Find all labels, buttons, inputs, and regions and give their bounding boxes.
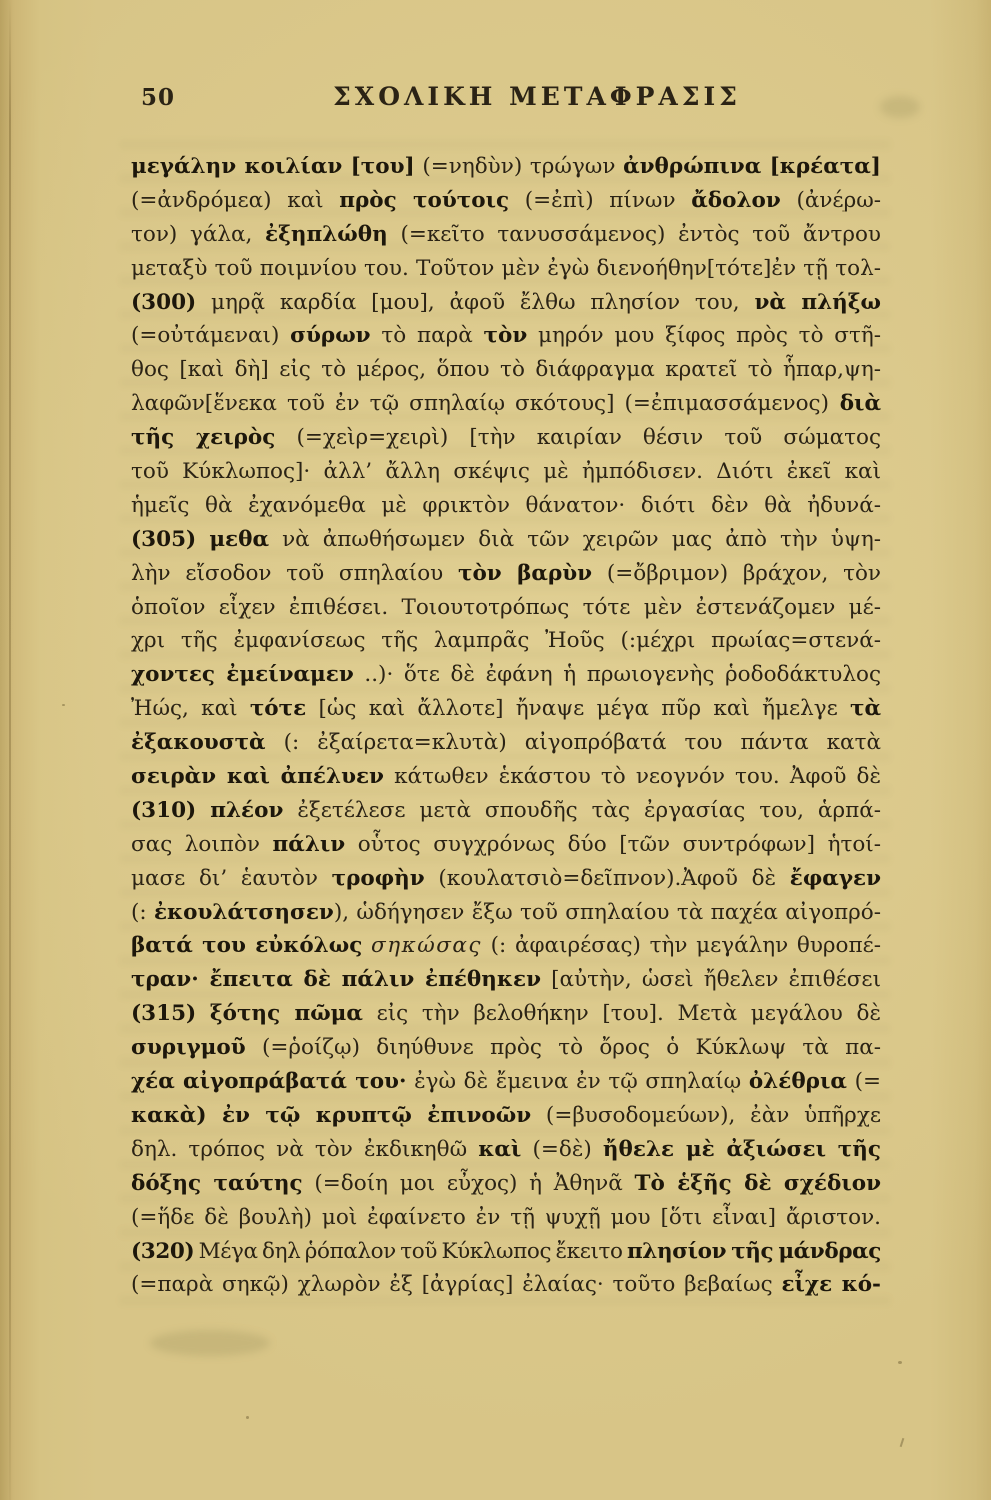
ink-smudge bbox=[150, 1330, 270, 1356]
text-line: (320) Μέγα δηλ ῥόπαλον τοῦ Κύκλωπος ἔκει… bbox=[131, 1235, 881, 1269]
text-line: μεταξὺ τοῦ ποιμνίου του. Τοῦτον μὲν ἐγὼ … bbox=[131, 252, 881, 286]
text-line: χέα αἰγοπράβατά του· ἐγὼ δὲ ἔμεινα ἐν τῷ… bbox=[131, 1065, 881, 1099]
text-line: ὁποῖον εἶχεν ἐπιθέσει. Τοιουτοτρόπως τότ… bbox=[131, 591, 881, 625]
text-line: μεγάλην κοιλίαν [του] (=νηδὺν) τρώγων ἀν… bbox=[131, 150, 881, 184]
text-line: σειρὰν καὶ ἀπέλυεν κάτωθεν ἑκάστου τὸ νε… bbox=[131, 760, 881, 794]
text-line: (315) ξότης πῶμα εἰς τὴν βελοθήκην [του]… bbox=[131, 997, 881, 1031]
text-line: δόξης ταύτης (=δοίη μοι εὖχος) ἡ Ἀθηνᾶ Τ… bbox=[131, 1167, 881, 1201]
text-line: (=παρὰ σηκῷ) χλωρὸν ἐξ [ἀγρίας] ἐλαίας· … bbox=[131, 1268, 881, 1302]
text-line: χοντες ἐμείναμεν ..)· ὅτε δὲ ἐφάνη ἡ πρω… bbox=[131, 658, 881, 692]
text-line: (=ἀνδρόμεα) καὶ πρὸς τούτοις (=ἐπὶ) πίνω… bbox=[131, 184, 881, 218]
text-block: μεγάλην κοιλίαν [του] (=νηδὺν) τρώγων ἀν… bbox=[131, 150, 881, 1302]
page-fold-line bbox=[9, 0, 11, 1500]
text-line: τον) γάλα, ἐξηπλώθη (=κεῖτο τανυσσάμενος… bbox=[131, 218, 881, 252]
text-line: βατά του εὐκόλως σηκώσας (: ἀφαιρέσας) τ… bbox=[131, 929, 881, 963]
text-line: λαφῶν[ἕνεκα τοῦ ἐν τῷ σπηλαίῳ σκότους] (… bbox=[131, 387, 881, 421]
paper-speck bbox=[898, 1361, 902, 1364]
text-line: Ἠώς, καὶ τότε [ὡς καὶ ἄλλοτε] ἤναψε μέγα… bbox=[131, 692, 881, 726]
ink-smudge bbox=[880, 96, 920, 118]
text-line: (310) πλέον ἐξετέλεσε μετὰ σπουδῆς τὰς ἐ… bbox=[131, 794, 881, 828]
text-line: ἡμεῖς θὰ ἐχανόμεθα μὲ φρικτὸν θάνατον· δ… bbox=[131, 489, 881, 523]
text-line: κακὰ) ἐν τῷ κρυπτῷ ἐπινοῶν (=βυσοδομεύων… bbox=[131, 1099, 881, 1133]
paper-speck bbox=[842, 210, 845, 212]
text-line: (300) μηρᾷ καρδία [μου], ἀφοῦ ἔλθω πλησί… bbox=[131, 286, 881, 320]
text-line: τῆς χειρὸς (=χεὶρ=χειρὶ) [τὴν καιρίαν θέ… bbox=[131, 421, 881, 455]
text-line: (=οὐτάμεναι) σύρων τὸ παρὰ τὸν μηρόν μου… bbox=[131, 319, 881, 353]
text-line: ἐξακουστὰ (: ἐξαίρετα=κλυτὰ) αἰγοπρόβατά… bbox=[131, 726, 881, 760]
text-line: θος [καὶ δὴ] εἰς τὸ μέρος, ὅπου τὸ διάφρ… bbox=[131, 353, 881, 387]
running-title: ΣΧΟΛΙΚΗ ΜΕΤΑΦΡΑΣΙΣ bbox=[130, 82, 880, 111]
text-line: σας λοιπὸν πάλιν οὗτος συγχρόνως δύο [τῶ… bbox=[131, 828, 881, 862]
text-line: τοῦ Κύκλωπος]· ἀλλ’ ἄλλη σκέψις μὲ ἠμπόδ… bbox=[131, 455, 881, 489]
text-line: (=ἥδε δὲ βουλὴ) μοὶ ἐφαίνετο ἐν τῇ ψυχῇ … bbox=[131, 1201, 881, 1235]
text-line: συριγμοῦ (=ῥοίζῳ) διηύθυνε πρὸς τὸ ὄρος … bbox=[131, 1031, 881, 1065]
text-line: (: ἐκουλάτσησεν), ὡδήγησεν ἔξω τοῦ σπηλα… bbox=[131, 896, 881, 930]
text-line: δηλ. τρόπος νὰ τὸν ἐκδικηθῶ καὶ (=δὲ) ἤθ… bbox=[131, 1133, 881, 1167]
text-line: (305) μεθα νὰ ἀπωθήσωμεν διὰ τῶν χειρῶν … bbox=[131, 523, 881, 557]
paper-speck bbox=[62, 704, 65, 706]
text-line: χρι τῆς ἐμφανίσεως τῆς λαμπρᾶς Ἠοῦς (:μέ… bbox=[131, 624, 881, 658]
book-page: 50 ΣΧΟΛΙΚΗ ΜΕΤΑΦΡΑΣΙΣ μεγάλην κοιλίαν [τ… bbox=[0, 0, 991, 1500]
paper-scratch bbox=[900, 1438, 905, 1447]
text-line: λὴν εἴσοδον τοῦ σπηλαίου τὸν βαρὺν (=ὄβρ… bbox=[131, 557, 881, 591]
paper-speck bbox=[246, 1416, 249, 1419]
text-line: μασε δι’ ἑαυτὸν τροφὴν (κουλατσιὸ=δεῖπνο… bbox=[131, 862, 881, 896]
text-line: τραν· ἔπειτα δὲ πάλιν ἐπέθηκεν [αὐτὴν, ὡ… bbox=[131, 963, 881, 997]
